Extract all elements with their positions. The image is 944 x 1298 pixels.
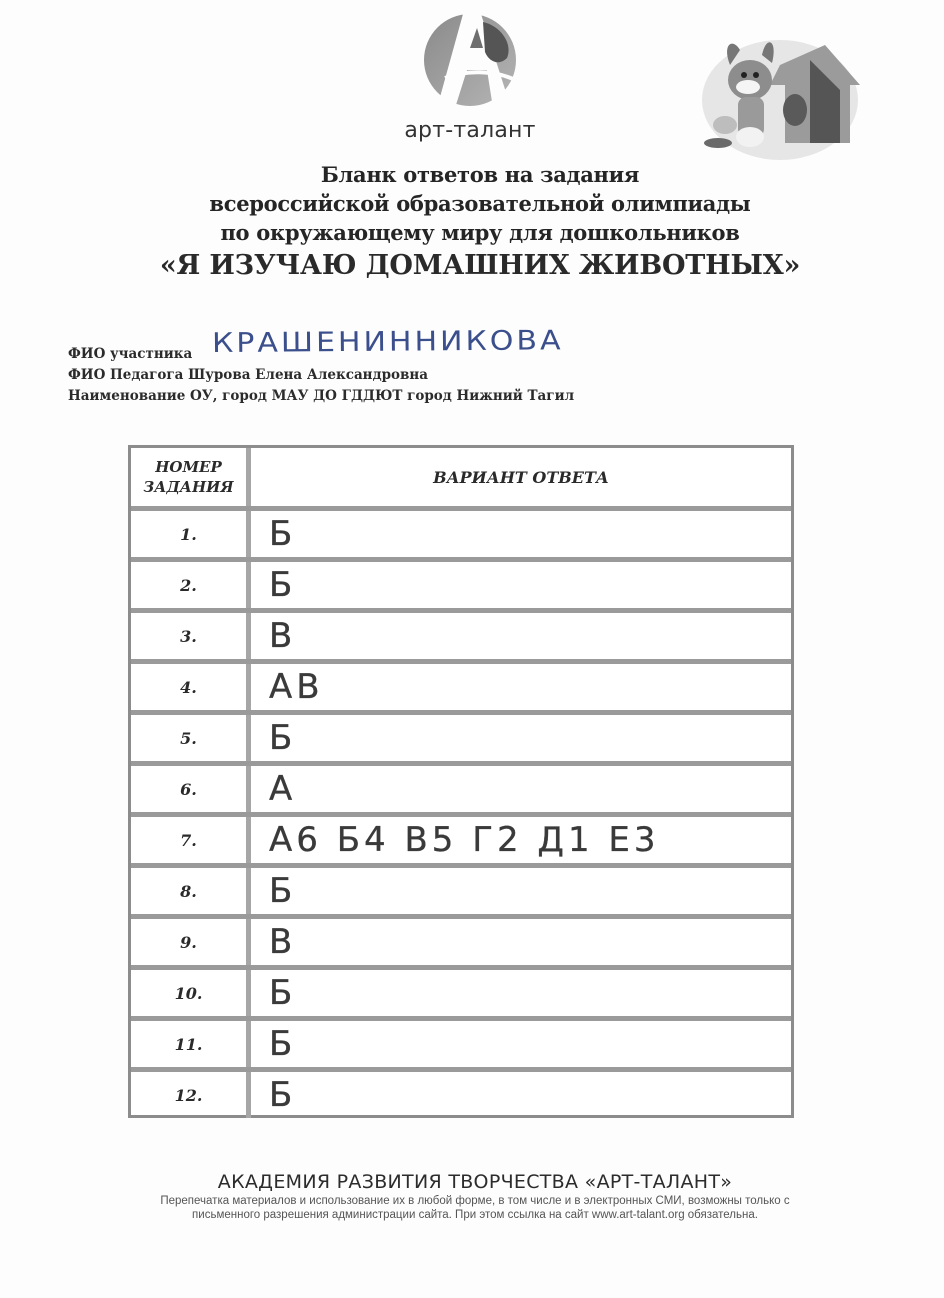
handwritten-answer: Б <box>269 721 296 755</box>
header-number-line1: НОМЕР <box>143 457 233 477</box>
task-number-cell: 2. <box>131 562 251 608</box>
teacher-label: ФИО Педагога <box>68 367 183 383</box>
table-row: 4.АВ <box>131 659 791 710</box>
title-line-2: всероссийской образовательной олимпиады <box>100 189 860 218</box>
table-row: 8.Б <box>131 863 791 914</box>
school-label: Наименование ОУ, город <box>68 388 267 404</box>
footer-title: АКАДЕМИЯ РАЗВИТИЯ ТВОРЧЕСТВА «АРТ-ТАЛАНТ… <box>80 1170 870 1194</box>
dog-in-kennel-illustration <box>700 25 865 160</box>
table-row: 9.В <box>131 914 791 965</box>
answer-cell[interactable]: Б <box>251 1072 791 1118</box>
task-number: 4. <box>180 678 197 697</box>
task-number-cell: 11. <box>131 1021 251 1067</box>
participant-label: ФИО участника <box>68 346 192 362</box>
handwritten-answer: Б <box>269 976 296 1010</box>
handwritten-answer: В <box>269 925 296 959</box>
task-number-cell: 4. <box>131 664 251 710</box>
answer-cell[interactable]: Б <box>251 970 791 1016</box>
table-row: 7.А6 Б4 В5 Г2 Д1 Е3 <box>131 812 791 863</box>
task-number: 9. <box>180 933 197 952</box>
answer-cell[interactable]: А6 Б4 В5 Г2 Д1 Е3 <box>251 817 791 863</box>
answer-cell[interactable]: Б <box>251 562 791 608</box>
participant-info: ФИО участника ФИО Педагога Шурова Елена … <box>68 344 574 407</box>
task-number: 11. <box>175 1035 203 1054</box>
header-number-cell: НОМЕР ЗАДАНИЯ <box>131 448 251 506</box>
handwritten-answer: Б <box>269 874 296 908</box>
task-number: 2. <box>180 576 197 595</box>
task-number-cell: 12. <box>131 1072 251 1118</box>
header-number-line2: ЗАДАНИЯ <box>143 477 233 497</box>
logo-text: арт-талант <box>380 118 560 143</box>
task-number: 1. <box>180 525 197 544</box>
handwritten-answer: А <box>269 772 296 806</box>
header-answer-label: ВАРИАНТ ОТВЕТА <box>251 468 791 487</box>
answer-cell[interactable]: Б <box>251 868 791 914</box>
table-row: 1.Б <box>131 506 791 557</box>
footer: АКАДЕМИЯ РАЗВИТИЯ ТВОРЧЕСТВА «АРТ-ТАЛАНТ… <box>80 1170 870 1222</box>
task-number-cell: 1. <box>131 511 251 557</box>
task-number: 8. <box>180 882 197 901</box>
task-number-cell: 9. <box>131 919 251 965</box>
answer-cell[interactable]: А <box>251 766 791 812</box>
task-number-cell: 8. <box>131 868 251 914</box>
task-number: 7. <box>180 831 197 850</box>
school-value: МАУ ДО ГДДЮТ город Нижний Тагил <box>272 388 575 404</box>
answer-cell[interactable]: Б <box>251 511 791 557</box>
answer-sheet-page: арт-талант Бланк ответов на задания всер… <box>0 0 944 1298</box>
title-line-1: Бланк ответов на задания <box>100 160 860 189</box>
table-row: 10.Б <box>131 965 791 1016</box>
olympiad-name: «Я ИЗУЧАЮ ДОМАШНИХ ЖИВОТНЫХ» <box>100 247 860 285</box>
footer-note-line1: Перепечатка материалов и использование и… <box>80 1194 870 1208</box>
task-number-cell: 6. <box>131 766 251 812</box>
task-number-cell: 5. <box>131 715 251 761</box>
answer-cell[interactable]: Б <box>251 715 791 761</box>
table-row: 5.Б <box>131 710 791 761</box>
teacher-row: ФИО Педагога Шурова Елена Александровна <box>68 365 574 386</box>
school-row: Наименование ОУ, город МАУ ДО ГДДЮТ горо… <box>68 386 574 407</box>
handwritten-answer: В <box>269 619 296 653</box>
handwritten-answer: Б <box>269 1027 296 1061</box>
table-row: 2.Б <box>131 557 791 608</box>
answer-cell[interactable]: В <box>251 919 791 965</box>
task-number-cell: 10. <box>131 970 251 1016</box>
handwritten-answer: А6 Б4 В5 Г2 Д1 Е3 <box>269 823 660 857</box>
task-number: 12. <box>175 1086 203 1105</box>
task-number-cell: 7. <box>131 817 251 863</box>
handwritten-answer: Б <box>269 1078 296 1112</box>
table-row: 6.А <box>131 761 791 812</box>
task-number: 5. <box>180 729 197 748</box>
answer-table: НОМЕР ЗАДАНИЯ ВАРИАНТ ОТВЕТА 1.Б2.Б3.В4.… <box>128 445 794 1118</box>
participant-row: ФИО участника <box>68 344 574 365</box>
table-row: 3.В <box>131 608 791 659</box>
header-answer-cell: ВАРИАНТ ОТВЕТА <box>251 448 791 506</box>
table-row: 12.Б <box>131 1067 791 1118</box>
teacher-value: Шурова Елена Александровна <box>188 367 428 383</box>
table-row: 11.Б <box>131 1016 791 1067</box>
handwritten-answer: Б <box>269 568 296 602</box>
task-number-cell: 3. <box>131 613 251 659</box>
handwritten-answer: Б <box>269 517 296 551</box>
task-number: 10. <box>175 984 203 1003</box>
title-line-3: по окружающему миру для дошкольников <box>100 218 860 247</box>
art-talant-logo-icon <box>415 8 525 118</box>
answer-cell[interactable]: АВ <box>251 664 791 710</box>
title-block: Бланк ответов на задания всероссийской о… <box>100 160 860 285</box>
handwritten-answer: АВ <box>269 670 324 704</box>
table-header-row: НОМЕР ЗАДАНИЯ ВАРИАНТ ОТВЕТА <box>131 448 791 506</box>
task-number: 6. <box>180 780 197 799</box>
footer-note-line2: письменного разрешения администрации сай… <box>80 1208 870 1222</box>
task-number: 3. <box>180 627 197 646</box>
answer-cell[interactable]: Б <box>251 1021 791 1067</box>
answer-cell[interactable]: В <box>251 613 791 659</box>
